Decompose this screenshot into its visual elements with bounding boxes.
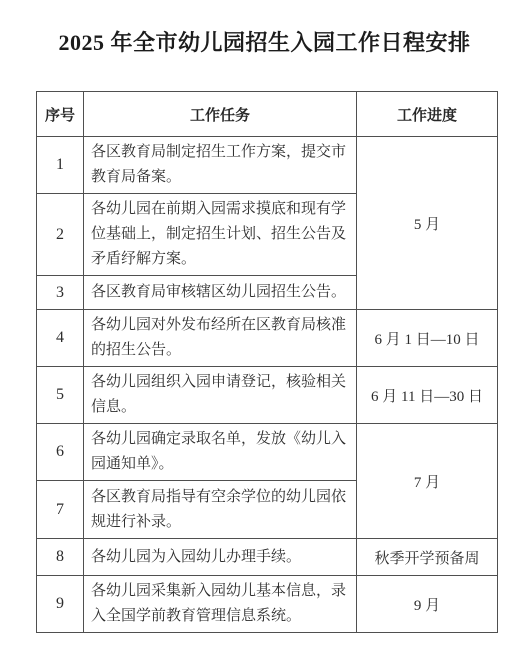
- progress-cell: 6 月 1 日—10 日: [357, 310, 498, 367]
- schedule-table: 序号 工作任务 工作进度 1 各区教育局制定招生工作方案，提交市教育局备案。 5…: [36, 91, 498, 633]
- task-cell: 各区教育局制定招生工作方案，提交市教育局备案。: [84, 137, 357, 194]
- row-number: 7: [37, 481, 84, 539]
- task-cell: 各幼儿园在前期入园需求摸底和现有学位基础上，制定招生计划、招生公告及矛盾纾解方案…: [84, 194, 357, 276]
- table-header-row: 序号 工作任务 工作进度: [37, 92, 498, 137]
- row-number: 1: [37, 137, 84, 194]
- task-cell: 各幼儿园采集新入园幼儿基本信息，录入全国学前教育管理信息系统。: [84, 576, 357, 633]
- task-cell: 各区教育局审核辖区幼儿园招生公告。: [84, 276, 357, 310]
- progress-cell: 5 月: [357, 137, 498, 310]
- task-cell: 各幼儿园为入园幼儿办理手续。: [84, 539, 357, 576]
- row-number: 2: [37, 194, 84, 276]
- task-cell: 各幼儿园组织入园申请登记，核验相关信息。: [84, 367, 357, 424]
- task-cell: 各幼儿园确定录取名单，发放《幼儿入园通知单》。: [84, 424, 357, 481]
- table-row: 8 各幼儿园为入园幼儿办理手续。 秋季开学预备周: [37, 539, 498, 576]
- progress-cell: 7 月: [357, 424, 498, 539]
- document-page: 2025 年全市幼儿园招生入园工作日程安排 序号 工作任务 工作进度 1 各区教…: [0, 0, 529, 653]
- row-number: 6: [37, 424, 84, 481]
- header-progress: 工作进度: [357, 92, 498, 137]
- task-cell: 各区教育局指导有空余学位的幼儿园依规进行补录。: [84, 481, 357, 539]
- progress-cell: 6 月 11 日—30 日: [357, 367, 498, 424]
- row-number: 9: [37, 576, 84, 633]
- progress-cell: 9 月: [357, 576, 498, 633]
- page-title: 2025 年全市幼儿园招生入园工作日程安排: [0, 0, 529, 58]
- table-row: 9 各幼儿园采集新入园幼儿基本信息，录入全国学前教育管理信息系统。 9 月: [37, 576, 498, 633]
- table-row: 1 各区教育局制定招生工作方案，提交市教育局备案。 5 月: [37, 137, 498, 194]
- table-row: 4 各幼儿园对外发布经所在区教育局核准的招生公告。 6 月 1 日—10 日: [37, 310, 498, 367]
- row-number: 8: [37, 539, 84, 576]
- table-row: 6 各幼儿园确定录取名单，发放《幼儿入园通知单》。 7 月: [37, 424, 498, 481]
- table-row: 5 各幼儿园组织入园申请登记，核验相关信息。 6 月 11 日—30 日: [37, 367, 498, 424]
- row-number: 4: [37, 310, 84, 367]
- row-number: 5: [37, 367, 84, 424]
- header-no: 序号: [37, 92, 84, 137]
- task-cell: 各幼儿园对外发布经所在区教育局核准的招生公告。: [84, 310, 357, 367]
- row-number: 3: [37, 276, 84, 310]
- header-task: 工作任务: [84, 92, 357, 137]
- progress-cell: 秋季开学预备周: [357, 539, 498, 576]
